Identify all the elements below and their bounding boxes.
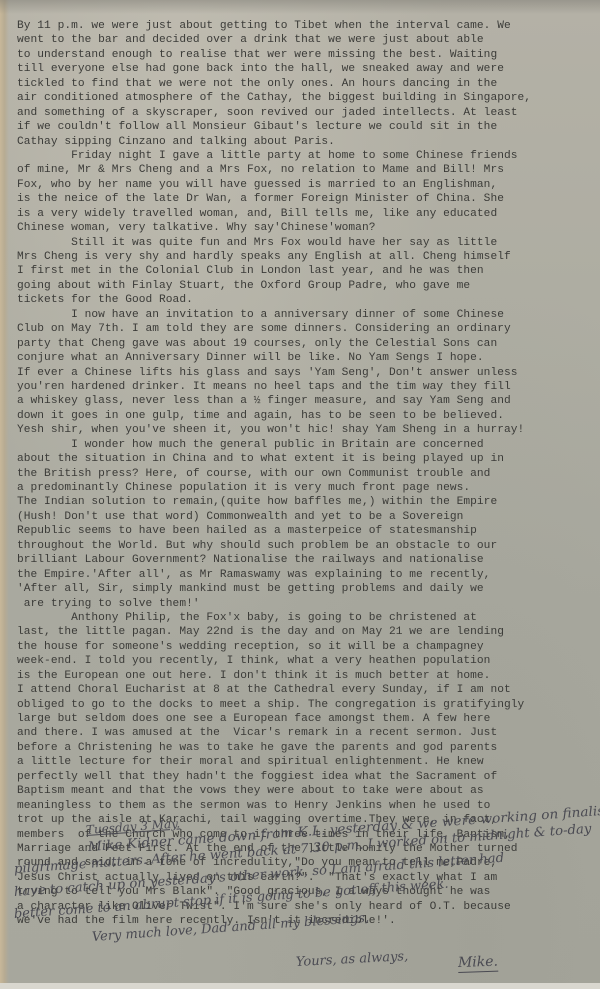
typed-line: you'ren hardened drinker. It means no he… <box>17 380 597 394</box>
typed-line: perfectly well that they hadn't the fogg… <box>17 770 597 784</box>
typed-line: is the neice of the late Dr Wan, a forme… <box>17 192 597 206</box>
letter-page: By 11 p.m. we were just about getting to… <box>0 0 600 989</box>
typed-line: is the European one out here. I don't th… <box>17 669 597 683</box>
typed-line: (Hush! Don't use that word) Commonwealth… <box>17 510 597 524</box>
typed-line: By 11 p.m. we were just about getting to… <box>17 19 597 33</box>
typed-line: I attend Choral Eucharist at 8 at the Ca… <box>17 683 597 697</box>
typed-line: Anthony Philip, the Fox'x baby, is going… <box>17 611 597 625</box>
typed-line: I now have an invitation to a anniversar… <box>17 308 597 322</box>
paper-top-shadow <box>0 0 600 14</box>
typed-line: Republic seems to have been hailed as a … <box>17 524 597 538</box>
typed-line: the British press? Here, of course, with… <box>17 467 597 481</box>
typed-line: Club on May 7th. I am told they are some… <box>17 322 597 336</box>
typed-line: about the situation in China and to what… <box>17 452 597 466</box>
paper-bottom-edge <box>0 983 600 989</box>
typed-line: If ever a Chinese lifts his glass and sa… <box>17 366 597 380</box>
typed-line: a whiskey glass, never less than a ½ fin… <box>17 394 597 408</box>
typed-line: 'After all, Sir, simply mankind must be … <box>17 582 597 596</box>
typed-line: Chinese woman, very talkative. Why say'C… <box>17 221 597 235</box>
typed-line: to understand enough to realise that wer… <box>17 48 597 62</box>
typed-line: tickets for the Good Road. <box>17 293 597 307</box>
typed-line: throughout the World. But why should suc… <box>17 539 597 553</box>
typed-line: a predominantly Chinese population it is… <box>17 481 597 495</box>
typed-line: down it goes in one gulp, time and again… <box>17 409 597 423</box>
typed-line: Still it was quite fun and Mrs Fox would… <box>17 236 597 250</box>
typed-line: the Empire.'After all', as Mr Ramaswamy … <box>17 568 597 582</box>
typed-line: Fox, who by her name you will have guess… <box>17 178 597 192</box>
typed-line: Yesh shir, when you've sheen it, you won… <box>17 423 597 437</box>
typed-line: and there. I was amused at the Vicar's r… <box>17 726 597 740</box>
signature: Mike. <box>458 954 499 973</box>
typed-line: obliged to go to the docks to meet a shi… <box>17 698 597 712</box>
typed-line: brilliant Labour Government? Nationalise… <box>17 553 597 567</box>
typed-line: till everyone else had gone back into th… <box>17 62 597 76</box>
typed-line: The Indian solution to remain,(quite how… <box>17 495 597 509</box>
typed-line: a little lecture for their moral and spi… <box>17 755 597 769</box>
typed-line: the house for someone's wedding receptio… <box>17 640 597 654</box>
typed-line: is a very widely travelled woman, and, B… <box>17 207 597 221</box>
typewritten-body: By 11 p.m. we were just about getting to… <box>17 19 597 929</box>
typed-line: large but seldom does one see a European… <box>17 712 597 726</box>
typed-line: before a Christening he was to take he g… <box>17 741 597 755</box>
typed-line: air conditioned atmosphere of the Cathay… <box>17 91 597 105</box>
typed-line: and something of a skyscraper, soon revi… <box>17 106 597 120</box>
typed-line: Friday night I gave a little party at ho… <box>17 149 597 163</box>
typed-line: conjure what an Anniversary Dinner will … <box>17 351 597 365</box>
typed-line: are trying to solve them!' <box>17 597 597 611</box>
typed-line: Cathay sipping Cinzano and talking about… <box>17 135 597 149</box>
typed-line: last, the little pagan. May 22nd is the … <box>17 625 597 639</box>
typed-line: Mrs Cheng is very shy and hardly speaks … <box>17 250 597 264</box>
typed-line: tickled to find that we were not the onl… <box>17 77 597 91</box>
paper-left-edge <box>0 0 9 989</box>
typed-line: Baptism meant and that the vows they wer… <box>17 784 597 798</box>
handwritten-closing: Yours, as always, <box>296 949 409 970</box>
typed-line: I wonder how much the general public in … <box>17 438 597 452</box>
typed-line: if we couldn't follow all Monsieur Gibau… <box>17 120 597 134</box>
typed-line: went to the bar and decided over a drink… <box>17 33 597 47</box>
typed-line: party that Cheng gave was about 19 cours… <box>17 337 597 351</box>
typed-line: going about with Finlay Stuart, the Oxfo… <box>17 279 597 293</box>
typed-line: week-end. I told you recently, I think, … <box>17 654 597 668</box>
typed-line: of mine, Mr & Mrs Cheng and a Mrs Fox, n… <box>17 163 597 177</box>
typed-line: I first met in the Colonial Club in Lond… <box>17 264 597 278</box>
